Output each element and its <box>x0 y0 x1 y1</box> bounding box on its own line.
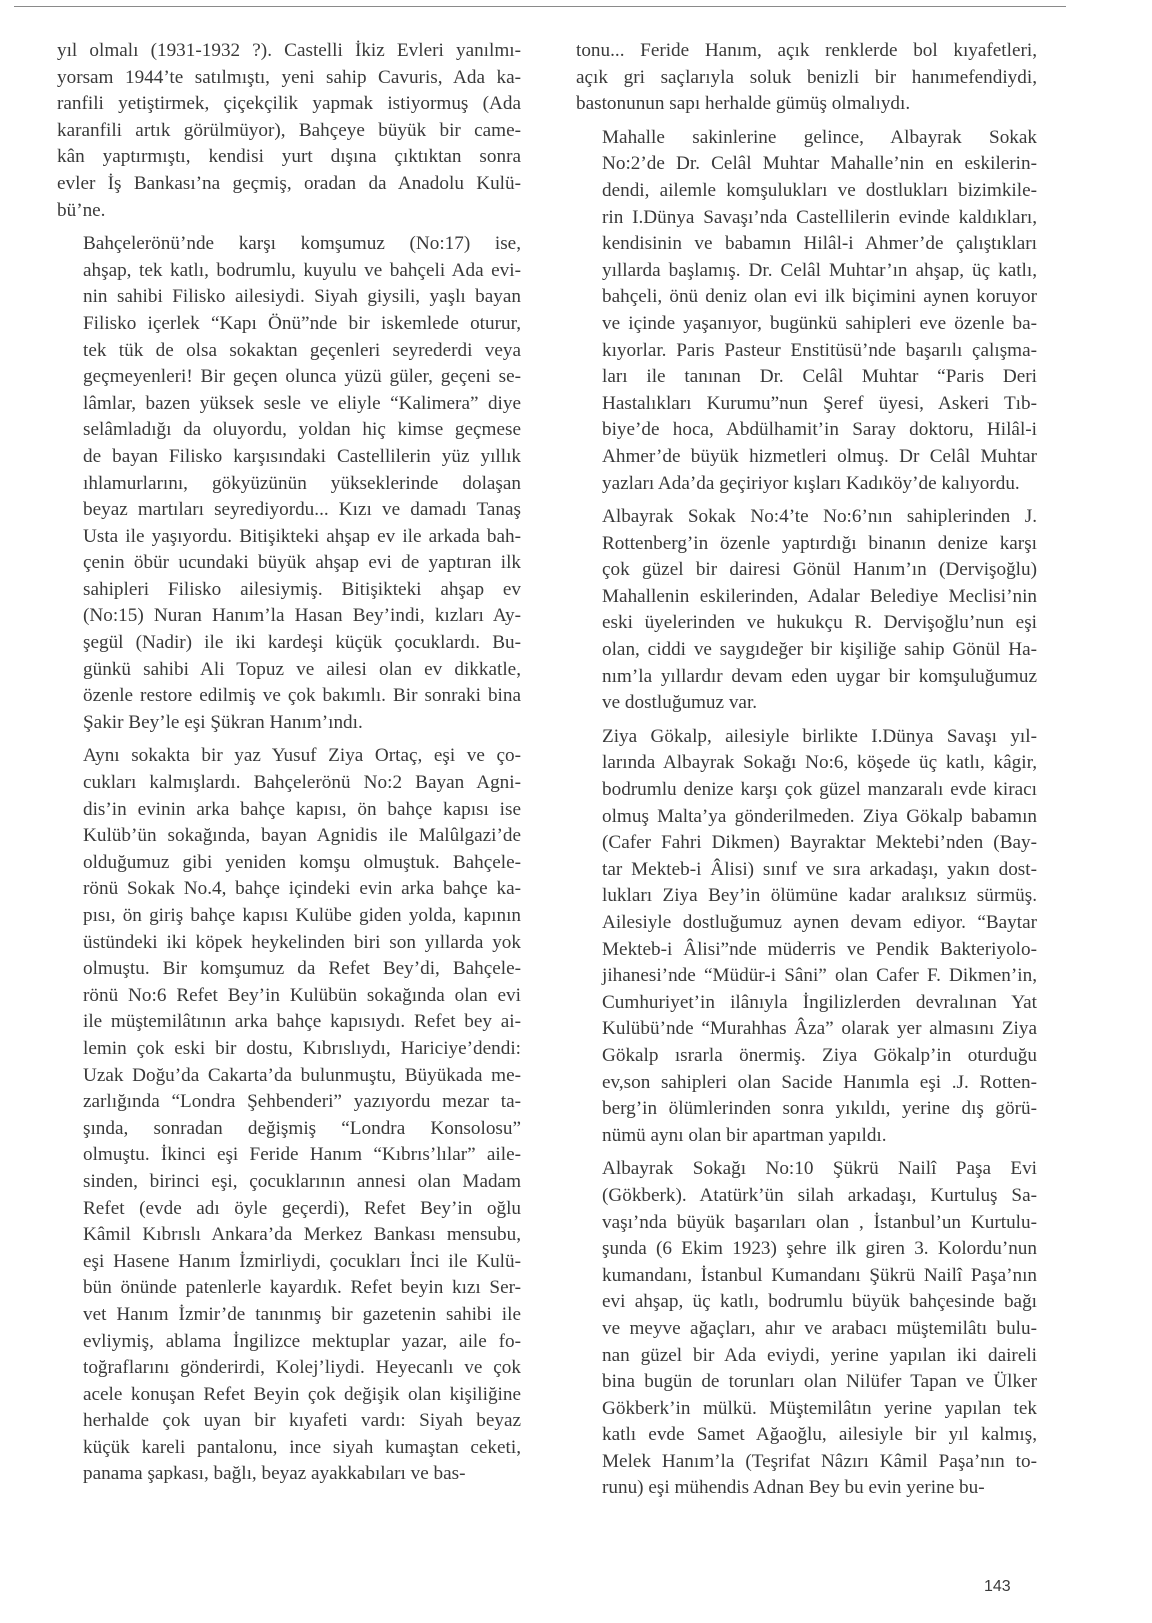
text-line: Melek Hanım’la (Teşrifat Nâzırı Kâmil Pa… <box>576 1449 1037 1476</box>
text-line: acele konuşan Refet Beyin çok değişik ol… <box>57 1382 521 1409</box>
text-line: ev,son sahipleri olan Sacide Hanımla eşi… <box>576 1070 1037 1097</box>
text-line: lemin çok eski bir dostu, Kıbrıslıydı, H… <box>57 1036 521 1063</box>
text-line: ları ile tanınan Dr. Celâl Muhtar “Paris… <box>576 364 1037 391</box>
text-line: Gökalp ısrarla önermiş. Ziya Gökalp’in o… <box>576 1043 1037 1070</box>
text-line: şında, sonradan değişmiş “Londra Konsolo… <box>57 1116 521 1143</box>
text-line: nümü aynı olan bir apartman yapıldı. <box>576 1123 1037 1150</box>
text-line: nım’la yıllardır devam eden uygar bir ko… <box>576 664 1037 691</box>
text-line: Gökberk’in mülkü. Müştemilâtın yerine ya… <box>576 1396 1037 1423</box>
text-line: rönü No:6 Refet Bey’in Kulübün sokağında… <box>57 983 521 1010</box>
text-line: ile müştemilâtının arka bahçe kapısıydı.… <box>57 1009 521 1036</box>
text-line: Rottenberg’in özenle yaptırdığı binanın … <box>576 531 1037 558</box>
text-line: tar Mekteb-i Âlisi) sınıf ve sıra arkada… <box>576 857 1037 884</box>
text-line: lukları Ziya Bey’in ölümüne kadar aralık… <box>576 883 1037 910</box>
text-line: (Cafer Fahri Dikmen) Bayraktar Mektebi’n… <box>576 830 1037 857</box>
text-line: Bahçelerönü’nde karşı komşumuz (No:17) i… <box>57 231 521 258</box>
text-line: Mahallenin eskilerinden, Adalar Belediye… <box>576 584 1037 611</box>
text-line: panama şapkası, bağlı, beyaz ayakkabılar… <box>57 1461 521 1488</box>
text-line: Uzak Doğu’da Cakarta’da bulunmuştu, Büyü… <box>57 1063 521 1090</box>
text-line: sahipleri Filisko ailesiymiş. Bitişiktek… <box>57 577 521 604</box>
text-line: sinden, birinci eşi, çocuklarının annesi… <box>57 1169 521 1196</box>
text-line: runu) eşi mühendis Adnan Bey bu evin yer… <box>576 1475 1037 1502</box>
text-line: vet Hanım İzmir’de tanınmış bir gazeteni… <box>57 1302 521 1329</box>
text-line: biye’de hoca, Abdülhamit’in Saray doktor… <box>576 417 1037 444</box>
text-line: özenle restore edilmiş ve çok bakımlı. B… <box>57 683 521 710</box>
text-line: çenin öbür ucundaki büyük ahşap evi de y… <box>57 550 521 577</box>
text-line: tonu... Feride Hanım, açık renklerde bol… <box>576 38 1037 65</box>
text-line: ve meyve ağaçları, ahır ve arabacı müşte… <box>576 1316 1037 1343</box>
text-line: eşi Hasene Hanım İzmirliydi, çocukları İ… <box>57 1249 521 1276</box>
text-line: nin sahibi Filisko ailesiydi. Siyah giys… <box>57 284 521 311</box>
text-line: yıllarda başlamış. Dr. Celâl Muhtar’ın a… <box>576 258 1037 285</box>
text-line: bastonunun sapı herhalde gümüş olmalıydı… <box>576 91 1037 118</box>
paragraph: Aynı sokakta bir yaz Yusuf Ziya Ortaç, e… <box>57 743 521 1488</box>
text-line: bina bugün de torunları olan Nilüfer Tap… <box>576 1369 1037 1396</box>
text-line: Mekteb-i Âlisi”nde müderris ve Pendik Ba… <box>576 937 1037 964</box>
text-line: ahşap, tek katlı, bodrumlu, kuyulu ve ba… <box>57 258 521 285</box>
text-line: ıhlamurlarını, gökyüzünün yükseklerinde … <box>57 471 521 498</box>
text-line: Usta ile yaşıyordu. Bitişikteki ahşap ev… <box>57 524 521 551</box>
paragraph: Mahalle sakinlerine gelince, Albayrak So… <box>576 125 1037 497</box>
text-line: Refet (evde adı öyle geçerdi), Refet Bey… <box>57 1196 521 1223</box>
text-line: No:2’de Dr. Celâl Muhtar Mahalle’nin en … <box>576 151 1037 178</box>
text-line: yorsam 1944’te satılmıştı, yeni sahip Ca… <box>57 65 521 92</box>
text-line: Albayrak Sokağı No:10 Şükrü Nailî Paşa E… <box>576 1156 1037 1183</box>
text-line: Kulübü’nde “Murahhas Âza” olarak yer alm… <box>576 1016 1037 1043</box>
text-line: Ailesiyle dostluğumuz aynen devam ediyor… <box>576 910 1037 937</box>
text-line: jihanesi’nde “Müdür-i Sâni” olan Cafer F… <box>576 963 1037 990</box>
text-line: kân yaptırmıştı, kendisi yurt dışına çık… <box>57 144 521 171</box>
header-rule <box>14 6 1066 7</box>
text-line: olmuş Malta’ya gönderilmeden. Ziya Gökal… <box>576 804 1037 831</box>
text-line: cukları kalmışlardı. Bahçelerönü No:2 Ba… <box>57 770 521 797</box>
text-line: vaşı’nda büyük başarıları olan , İstanbu… <box>576 1210 1037 1237</box>
text-line: geçmeyenleri! Bir geçen olunca yüzü güle… <box>57 364 521 391</box>
text-line: nan güzel bir Ada eviydi, yerine yapılan… <box>576 1343 1037 1370</box>
text-line: karanfili artık görülmüyor), Bahçeye büy… <box>57 118 521 145</box>
text-line: larında Albayrak Sokağı No:6, köşede üç … <box>576 750 1037 777</box>
page-number: 143 <box>984 1578 1011 1596</box>
paragraph: Albayrak Sokağı No:10 Şükrü Nailî Paşa E… <box>576 1156 1037 1502</box>
text-line: ve içinde yaşanıyor, bugünkü sahipleri e… <box>576 311 1037 338</box>
text-line: de bayan Filisko karşısındaki Castellile… <box>57 444 521 471</box>
text-line: tek tük de olsa sokaktan geçenleri seyre… <box>57 338 521 365</box>
paragraph: Albayrak Sokak No:4’te No:6’nın sahipler… <box>576 504 1037 717</box>
text-line: olan, ciddi ve saygıdeğer bir kişiliğe s… <box>576 637 1037 664</box>
text-line: Şakir Bey’le eşi Şükran Hanım’ındı. <box>57 710 521 737</box>
paragraph: yıl olmalı (1931-1932 ?). Castelli İkiz … <box>57 38 521 224</box>
text-line: üstündeki iki köpek heykelinden biri son… <box>57 930 521 957</box>
text-line: ranfili yetiştirmek, çiçekçilik yapmak i… <box>57 91 521 118</box>
text-line: Ziya Gökalp, ailesiyle birlikte I.Dünya … <box>576 724 1037 751</box>
text-line: kıyorlar. Paris Pasteur Enstitüsü’nde ba… <box>576 338 1037 365</box>
text-line: eski üyelerinden ve hukukçu R. Dervişoğl… <box>576 610 1037 637</box>
text-line: Filisko içerlek “Kapı Önü”nde bir iskeml… <box>57 311 521 338</box>
text-line: bün önünde patenlerle kayardık. Refet be… <box>57 1275 521 1302</box>
text-line: Cumhuriyet’in ilânıyla İngilizlerden dev… <box>576 990 1037 1017</box>
text-line: rin I.Dünya Savaşı’nda Castellilerin evi… <box>576 205 1037 232</box>
text-line: dendi, ailemle komşulukları ve dostlukla… <box>576 178 1037 205</box>
text-line: olmuştu. İkinci eşi Feride Hanım “Kıbrıs… <box>57 1142 521 1169</box>
text-line: çok güzel bir dairesi Gönül Hanım’ın (De… <box>576 557 1037 584</box>
text-line: evler İş Bankası’na geçmiş, oradan da An… <box>57 171 521 198</box>
text-line: Aynı sokakta bir yaz Yusuf Ziya Ortaç, e… <box>57 743 521 770</box>
text-line: günkü sahibi Ali Topuz ve ailesi olan ev… <box>57 657 521 684</box>
right-column: tonu... Feride Hanım, açık renklerde bol… <box>576 38 1037 1509</box>
text-line: herhalde çok uyan bir kıyafeti vardı: Si… <box>57 1408 521 1435</box>
text-line: selâmladığı da oluyordu, yoldan hiç kims… <box>57 417 521 444</box>
text-line: berg’in ölümlerinden sonra yıkıldı, yeri… <box>576 1096 1037 1123</box>
text-line: şegül (Nadir) ile iki kardeşi küçük çocu… <box>57 630 521 657</box>
left-column: yıl olmalı (1931-1932 ?). Castelli İkiz … <box>57 38 521 1495</box>
text-line: açık gri saçlarıyla soluk benizli bir ha… <box>576 65 1037 92</box>
text-line: pısı, ön giriş bahçe kapısı Kulübe giden… <box>57 903 521 930</box>
text-line: Albayrak Sokak No:4’te No:6’nın sahipler… <box>576 504 1037 531</box>
text-line: (Gökberk). Atatürk’ün silah arkadaşı, Ku… <box>576 1183 1037 1210</box>
text-line: Hastalıkları Kurumu”nun Şeref üyesi, Ask… <box>576 391 1037 418</box>
paragraph: Bahçelerönü’nde karşı komşumuz (No:17) i… <box>57 231 521 736</box>
text-line: bodrumlu denize karşı çok güzel manzaral… <box>576 777 1037 804</box>
paragraph: Ziya Gökalp, ailesiyle birlikte I.Dünya … <box>576 724 1037 1150</box>
text-line: şunda (6 Ekim 1923) şehre ilk giren 3. K… <box>576 1236 1037 1263</box>
text-line: yazları Ada’da geçiriyor kışları Kadıköy… <box>576 471 1037 498</box>
text-line: Ahmer’de büyük hizmetleri olmuş. Dr Celâ… <box>576 444 1037 471</box>
text-line: yıl olmalı (1931-1932 ?). Castelli İkiz … <box>57 38 521 65</box>
text-line: bahçeli, önü deniz olan evi ilk biçimini… <box>576 284 1037 311</box>
text-line: evliymiş, ablama İngilizce mektuplar yaz… <box>57 1329 521 1356</box>
text-line: kendisinin ve babamın Hilâl-i Ahmer’de ç… <box>576 231 1037 258</box>
text-line: küçük kareli pantalonu, ince siyah kumaş… <box>57 1435 521 1462</box>
text-line: olduğumuz gibi yeniden komşu olmuştuk. B… <box>57 850 521 877</box>
text-line: toğraflarını gönderirdi, Kolej’liydi. He… <box>57 1355 521 1382</box>
text-line: Kulüb’ün sokağında, bayan Agnidis ile Ma… <box>57 823 521 850</box>
text-line: rönü Sokak No.4, bahçe içindeki evin ark… <box>57 876 521 903</box>
paragraph: tonu... Feride Hanım, açık renklerde bol… <box>576 38 1037 118</box>
text-line: beyaz martıları seyrediyordu... Kızı ve … <box>57 497 521 524</box>
text-line: olmuştu. Bir komşumuz da Refet Bey’di, B… <box>57 956 521 983</box>
text-line: katlı evde Samet Ağaoğlu, ailesiyle bir … <box>576 1422 1037 1449</box>
text-line: kumandanı, İstanbul Kumandanı Şükrü Nail… <box>576 1263 1037 1290</box>
text-line: (No:15) Nuran Hanım’la Hasan Bey’indi, k… <box>57 603 521 630</box>
text-line: dis’in evinin arka bahçe kapısı, ön bahç… <box>57 797 521 824</box>
text-line: bü’ne. <box>57 198 521 225</box>
text-line: zarlığında “Londra Şehbenderi” yazıyordu… <box>57 1089 521 1116</box>
text-line: Mahalle sakinlerine gelince, Albayrak So… <box>576 125 1037 152</box>
text-line: ve dostluğumuz var. <box>576 690 1037 717</box>
text-line: evi ahşap, üç katlı, bodrumlu büyük bahç… <box>576 1289 1037 1316</box>
text-line: Kâmil Kıbrıslı Ankara’da Merkez Bankası … <box>57 1222 521 1249</box>
text-line: lâmlar, bazen yüksek sesle ve eliyle “Ka… <box>57 391 521 418</box>
